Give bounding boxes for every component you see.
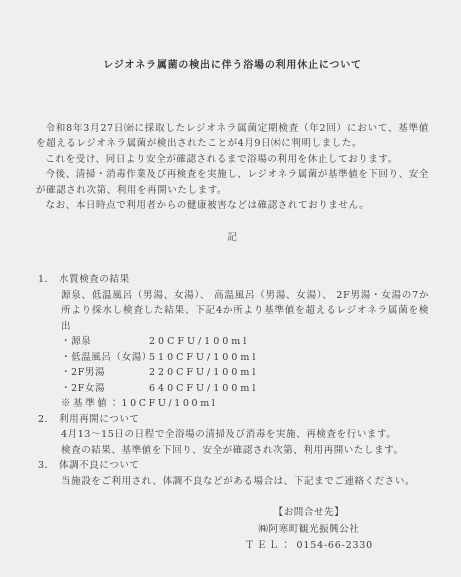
result-value: 220CFU/100ml: [149, 365, 258, 381]
result-row-2f-onnayu: ・2F女湯 640CFU/100ml: [61, 381, 429, 397]
section-heading: 3． 体調不良について: [36, 458, 429, 474]
intro-paragraphs: 令和8年3月27日㈮に採取したレジオネラ属菌定期検査（年2回）において、基準値を…: [36, 121, 429, 214]
section-body: 源泉、低温風呂（男湯、女湯）、 高温風呂（男湯、女湯）、 2F男湯・女湯の7か所…: [61, 288, 429, 412]
section-number: 3．: [36, 458, 59, 474]
section-water-quality-results: 1． 水質検査の結果 源泉、低温風呂（男湯、女湯）、 高温風呂（男湯、女湯）、 …: [36, 272, 429, 412]
section-title: 利用再開について: [59, 412, 140, 428]
section-line: 当施設をご利用され、体調不良などがある場合は、下記までご連絡ください。: [61, 474, 429, 490]
tel-label: ＴＥＬ：: [245, 540, 293, 551]
section-title: 水質検査の結果: [59, 272, 130, 288]
result-row-2f-otokoyu: ・2F男湯 220CFU/100ml: [61, 365, 429, 381]
section-heading: 1． 水質検査の結果: [36, 272, 429, 288]
section-line: 4月13～15日の日程で全浴場の清掃及び消毒を実施、再検査を行います。: [61, 427, 429, 443]
intro-paragraph-1: 令和8年3月27日㈮に採取したレジオネラ属菌定期検査（年2回）において、基準値を…: [36, 121, 429, 152]
record-marker: 記: [36, 230, 429, 246]
section-reopening: 2． 利用再開について 4月13～15日の日程で全浴場の清掃及び消毒を実施、再検…: [36, 412, 429, 459]
section-title: 体調不良について: [59, 458, 140, 474]
test-results-list: ・源泉 20CFU/100ml ・低温風呂（女湯） 510CFU/100ml ・…: [61, 334, 429, 396]
section-number: 1．: [36, 272, 59, 288]
section-body: 4月13～15日の日程で全浴場の清掃及び消毒を実施、再検査を行います。 検査の結…: [61, 427, 429, 458]
intro-paragraph-3: 今後、清掃・消毒作業及び再検査を実施し、レジオネラ属菌が基準値を下回り、安全が確…: [36, 167, 429, 198]
result-value: 510CFU/100ml: [149, 350, 258, 366]
contact-block: 【お問合せ先】 ㈱阿寒町観光振興公社 ＴＥＬ： 0154-66-2330: [245, 505, 373, 555]
section-number: 2．: [36, 412, 59, 428]
section-heading: 2． 利用再開について: [36, 412, 429, 428]
tel-number: 0154-66-2330: [297, 540, 373, 551]
result-row-gensen: ・源泉 20CFU/100ml: [61, 334, 429, 350]
result-label: ・2F女湯: [61, 381, 149, 397]
intro-paragraph-2: これを受け、同日より安全が確認されるまで浴場の利用を休止しております。: [36, 152, 429, 168]
contact-tel: ＴＥＬ： 0154-66-2330: [245, 538, 373, 555]
result-label: ・源泉: [61, 334, 149, 350]
standard-value-note: ※基準値：10CFU/100ml: [61, 396, 429, 412]
result-value: 20CFU/100ml: [149, 334, 249, 350]
result-label: ・2F男湯: [61, 365, 149, 381]
result-row-teion-onnayu: ・低温風呂（女湯） 510CFU/100ml: [61, 350, 429, 366]
notice-document: レジオネラ属菌の検出に伴う浴場の利用休止について 令和8年3月27日㈮に採取した…: [0, 0, 461, 577]
section-paragraph: 源泉、低温風呂（男湯、女湯）、 高温風呂（男湯、女湯）、 2F男湯・女湯の7か所…: [61, 288, 429, 335]
section-health-concerns: 3． 体調不良について 当施設をご利用され、体調不良などがある場合は、下記までご…: [36, 458, 429, 489]
section-body: 当施設をご利用され、体調不良などがある場合は、下記までご連絡ください。: [61, 474, 429, 490]
section-line: 検査の結果、基準値を下回り、安全が確認され次第、利用再開いたします。: [61, 443, 429, 459]
intro-paragraph-4: なお、本日時点で利用者からの健康被害などは確認されておりません。: [36, 198, 429, 214]
page-title: レジオネラ属菌の検出に伴う浴場の利用休止について: [36, 58, 429, 74]
result-value: 640CFU/100ml: [149, 381, 258, 397]
contact-heading: 【お問合せ先】: [245, 505, 373, 522]
result-label: ・低温風呂（女湯）: [61, 350, 149, 366]
contact-company: ㈱阿寒町観光振興公社: [245, 522, 373, 539]
